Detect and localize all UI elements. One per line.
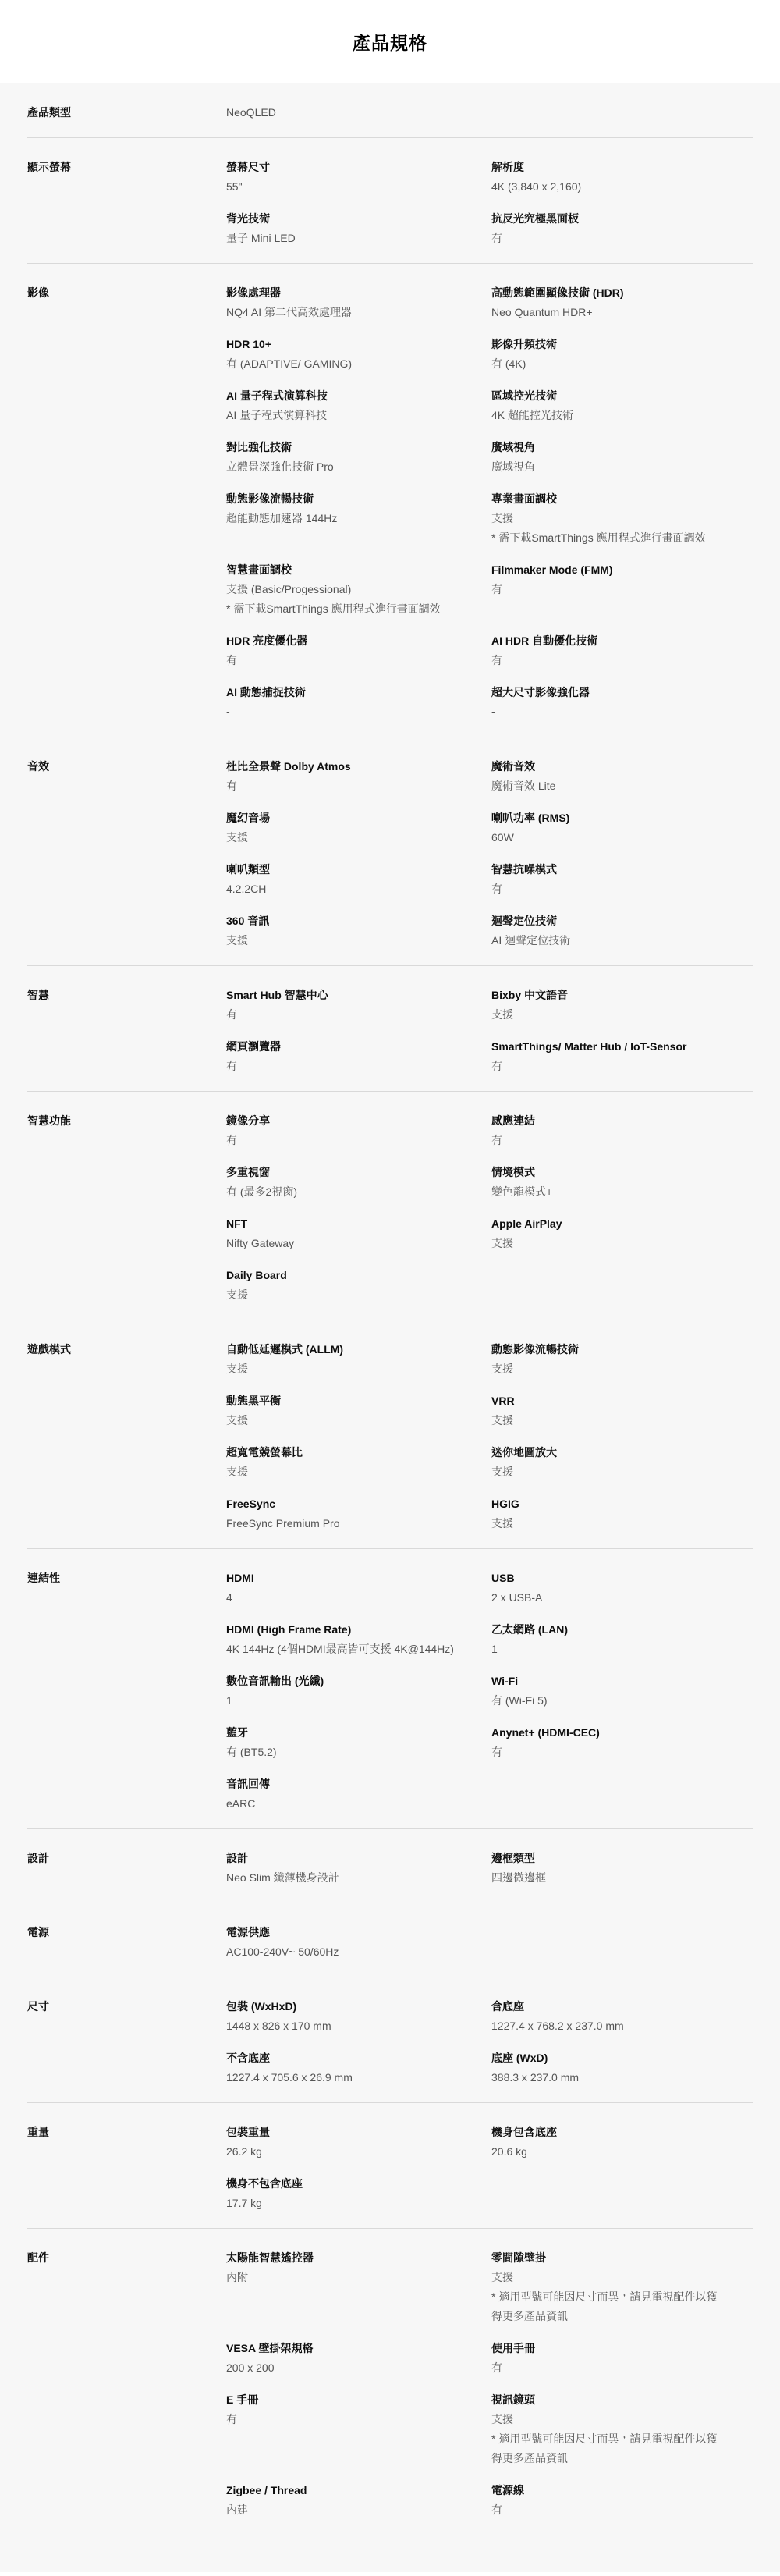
spec-item: 專業畫面調校支援* 需下載SmartThings 應用程式進行畫面調效 [491, 489, 753, 548]
spec-item-label: 自動低延遲模式 (ALLM) [226, 1340, 462, 1359]
spec-item: 電源供應AC100-240V~ 50/60Hz [226, 1923, 491, 1962]
spec-item: 背光技術量子 Mini LED [226, 209, 491, 248]
spec-item: 影像升頻技術有 (4K) [491, 335, 753, 374]
spec-category: 尺寸 [27, 1997, 226, 2087]
spec-row: 背光技術量子 Mini LED抗反光究極黑面板有 [226, 209, 753, 248]
spec-item-value: 有 [491, 879, 723, 899]
spec-item: NFTNifty Gateway [226, 1214, 491, 1253]
spec-row: 智慧畫面調校支援 (Basic/Progessional)* 需下載SmartT… [226, 560, 753, 619]
spec-item-value: 有 [226, 1005, 462, 1025]
spec-row: HDMI (High Frame Rate)4K 144Hz (4個HDMI最高… [226, 1620, 753, 1659]
spec-item: FreeSyncFreeSync Premium Pro [226, 1494, 491, 1533]
spec-row: 數位音訊輸出 (光纖)1Wi-Fi有 (Wi-Fi 5) [226, 1672, 753, 1711]
spec-item-value: FreeSync Premium Pro [226, 1514, 462, 1533]
spec-item-value: 2 x USB-A [491, 1588, 723, 1608]
spec-item-label: 視訊鏡頭 [491, 2390, 723, 2410]
spec-item: 超大尺寸影像強化器- [491, 683, 753, 722]
spec-section: 遊戲模式自動低延遲模式 (ALLM)支援動態影像流暢技術支援動態黑平衡支援VRR… [0, 1320, 780, 1548]
spec-item: 360 音訊支援 [226, 911, 491, 950]
spec-item-label: 電源線 [491, 2481, 723, 2500]
spec-item-label: Bixby 中文語音 [491, 986, 723, 1005]
spec-item-label: 藍牙 [226, 1723, 462, 1743]
spec-item-label: 音訊回傳 [226, 1775, 462, 1794]
spec-item-label: Daily Board [226, 1266, 462, 1285]
spec-row: 動態影像流暢技術超能動態加速器 144Hz專業畫面調校支援* 需下載SmartT… [226, 489, 753, 548]
spec-item-label: FreeSync [226, 1494, 462, 1514]
spec-item-label: 太陽能智慧遙控器 [226, 2248, 462, 2268]
spec-item-value: 有 (最多2視窗) [226, 1182, 462, 1202]
spec-item: 情境模式變色龍模式+ [491, 1163, 753, 1202]
spec-category: 智慧 [27, 986, 226, 1076]
spec-item-value: 變色龍模式+ [491, 1182, 723, 1202]
spec-row: HDMI4USB2 x USB-A [226, 1569, 753, 1608]
spec-item: 包裝重量26.2 kg [226, 2123, 491, 2162]
spec-item-value: 388.3 x 237.0 mm [491, 2068, 723, 2087]
spec-item: Bixby 中文語音支援 [491, 986, 753, 1025]
spec-item-value: 量子 Mini LED [226, 229, 462, 248]
spec-item-label: 迷你地圖放大 [491, 1443, 723, 1462]
spec-row: VESA 壁掛架規格200 x 200使用手冊有 [226, 2339, 753, 2378]
spec-section: 連結性HDMI4USB2 x USB-AHDMI (High Frame Rat… [0, 1549, 780, 1828]
spec-item: 零間隙壁掛支援* 適用型號可能因尺寸而異，請見電視配件以獲得更多產品資訊 [491, 2248, 753, 2326]
spec-item-label: 多重視窗 [226, 1163, 462, 1182]
spec-item-label: 迴聲定位技術 [491, 911, 723, 931]
spec-item-label: 高動態範圍顯像技術 (HDR) [491, 283, 723, 303]
spec-item-value: 4.2.2CH [226, 879, 462, 899]
spec-item-label: Smart Hub 智慧中心 [226, 986, 462, 1005]
spec-item-label: AI 動態捕捉技術 [226, 683, 462, 702]
spec-item [491, 103, 753, 123]
spec-item: 設計Neo Slim 纖薄機身設計 [226, 1849, 491, 1888]
spec-item-value: 200 x 200 [226, 2358, 462, 2378]
spec-item-value: 1448 x 826 x 170 mm [226, 2016, 462, 2036]
spec-rows: 螢幕尺寸55"解析度4K (3,840 x 2,160)背光技術量子 Mini … [226, 158, 753, 248]
spec-row: 不含底座1227.4 x 705.6 x 26.9 mm底座 (WxD)388.… [226, 2048, 753, 2087]
spec-item: 藍牙有 (BT5.2) [226, 1723, 491, 1762]
spec-item-label: 智慧畫面調校 [226, 560, 462, 580]
spec-rows: Smart Hub 智慧中心有Bixby 中文語音支援網頁瀏覽器有SmartTh… [226, 986, 753, 1076]
spec-item: Filmmaker Mode (FMM)有 [491, 560, 753, 619]
spec-item: 對比強化技術立體景深強化技術 Pro [226, 438, 491, 477]
spec-row: 太陽能智慧遙控器內附零間隙壁掛支援* 適用型號可能因尺寸而異，請見電視配件以獲得… [226, 2248, 753, 2326]
spec-item-value: 有 [491, 651, 723, 670]
spec-section: 影像影像處理器NQ4 AI 第二代高效處理器高動態範圍顯像技術 (HDR)Neo… [0, 264, 780, 737]
spec-item-label: HDR 亮度優化器 [226, 631, 462, 651]
spec-table: 產品類型NeoQLED顯示螢幕螢幕尺寸55"解析度4K (3,840 x 2,1… [0, 83, 780, 2572]
spec-item-label: 機身包含底座 [491, 2123, 723, 2142]
spec-item: 含底座1227.4 x 768.2 x 237.0 mm [491, 1997, 753, 2036]
spec-item: Zigbee / Thread內建 [226, 2481, 491, 2520]
spec-item: 動態影像流暢技術超能動態加速器 144Hz [226, 489, 491, 548]
spec-item-value: 支援 [226, 1359, 462, 1379]
page-header: 產品規格 [0, 0, 780, 83]
spec-item-value: 支援 [226, 1411, 462, 1430]
spec-item-label: 超寬電競螢幕比 [226, 1443, 462, 1462]
spec-item-label: Anynet+ (HDMI-CEC) [491, 1723, 723, 1743]
spec-row: 杜比全景聲 Dolby Atmos有魔術音效魔術音效 Lite [226, 757, 753, 796]
spec-row: NeoQLED [226, 103, 753, 123]
spec-item: 包裝 (WxHxD)1448 x 826 x 170 mm [226, 1997, 491, 2036]
spec-item-label: 零間隙壁掛 [491, 2248, 723, 2268]
spec-item-value: 26.2 kg [226, 2142, 462, 2162]
spec-item: 乙太網路 (LAN)1 [491, 1620, 753, 1659]
spec-rows: 影像處理器NQ4 AI 第二代高效處理器高動態範圍顯像技術 (HDR)Neo Q… [226, 283, 753, 722]
spec-item-value: 支援 [491, 1005, 723, 1025]
spec-item-value: 支援 [226, 1462, 462, 1482]
spec-item-label: Wi-Fi [491, 1672, 723, 1691]
spec-item: HDR 10+有 (ADAPTIVE/ GAMING) [226, 335, 491, 374]
spec-item: VRR支援 [491, 1391, 753, 1430]
spec-item-value: * 適用型號可能因尺寸而異，請見電視配件以獲得更多產品資訊 [491, 2429, 723, 2468]
spec-item: 機身包含底座20.6 kg [491, 2123, 753, 2162]
spec-item: 迴聲定位技術AI 迴聲定位技術 [491, 911, 753, 950]
spec-item: 底座 (WxD)388.3 x 237.0 mm [491, 2048, 753, 2087]
spec-item-value: 有 [491, 2500, 723, 2520]
spec-category: 配件 [27, 2248, 226, 2520]
spec-category: 遊戲模式 [27, 1340, 226, 1533]
spec-row: FreeSyncFreeSync Premium ProHGIG支援 [226, 1494, 753, 1533]
spec-item: Smart Hub 智慧中心有 [226, 986, 491, 1025]
spec-item-value: - [226, 702, 462, 722]
spec-item-value: 超能動態加速器 144Hz [226, 509, 462, 528]
spec-item-label: 專業畫面調校 [491, 489, 723, 509]
spec-row: 藍牙有 (BT5.2)Anynet+ (HDMI-CEC)有 [226, 1723, 753, 1762]
spec-item-label: E 手冊 [226, 2390, 462, 2410]
spec-section: 智慧Smart Hub 智慧中心有Bixby 中文語音支援網頁瀏覽器有Smart… [0, 966, 780, 1091]
spec-item: NeoQLED [226, 103, 491, 123]
spec-item: 喇叭功率 (RMS)60W [491, 808, 753, 847]
spec-item-value: 四邊微邊框 [491, 1868, 723, 1888]
spec-item-label: 魔術音效 [491, 757, 723, 776]
spec-category: 影像 [27, 283, 226, 722]
spec-category: 智慧功能 [27, 1111, 226, 1305]
spec-item: E 手冊有 [226, 2390, 491, 2468]
spec-item-label: 動態影像流暢技術 [226, 489, 462, 509]
spec-item: Anynet+ (HDMI-CEC)有 [491, 1723, 753, 1762]
spec-item: 多重視窗有 (最多2視窗) [226, 1163, 491, 1202]
spec-item-value: Neo Quantum HDR+ [491, 303, 723, 322]
spec-category: 設計 [27, 1849, 226, 1888]
spec-item-value: 17.7 kg [226, 2194, 462, 2213]
spec-item: 感應連結有 [491, 1111, 753, 1150]
spec-item: 鏡像分享有 [226, 1111, 491, 1150]
spec-item-value: 有 [491, 1131, 723, 1150]
spec-item-label: VESA 壁掛架規格 [226, 2339, 462, 2358]
spec-item [491, 1775, 753, 1814]
spec-rows: 鏡像分享有感應連結有多重視窗有 (最多2視窗)情境模式變色龍模式+NFTNift… [226, 1111, 753, 1305]
spec-item-value: AI 迴聲定位技術 [491, 931, 723, 950]
spec-rows: 自動低延遲模式 (ALLM)支援動態影像流暢技術支援動態黑平衡支援VRR支援超寬… [226, 1340, 753, 1533]
spec-item-label: HDMI [226, 1569, 462, 1588]
spec-item-value: 支援 [226, 828, 462, 847]
spec-item: Apple AirPlay支援 [491, 1214, 753, 1253]
spec-item-value: * 需下載SmartThings 應用程式進行畫面調效 [491, 528, 723, 548]
spec-item-value: AC100-240V~ 50/60Hz [226, 1942, 462, 1962]
spec-item-value: 有 [491, 229, 723, 248]
spec-item: 太陽能智慧遙控器內附 [226, 2248, 491, 2326]
spec-item-label: 底座 (WxD) [491, 2048, 723, 2068]
spec-item-label: 螢幕尺寸 [226, 158, 462, 177]
spec-item [491, 1266, 753, 1305]
spec-item: 視訊鏡頭支援* 適用型號可能因尺寸而異，請見電視配件以獲得更多產品資訊 [491, 2390, 753, 2468]
spec-item-value: * 適用型號可能因尺寸而異，請見電視配件以獲得更多產品資訊 [491, 2287, 723, 2326]
spec-item-label: 解析度 [491, 158, 723, 177]
spec-item: 邊框類型四邊微邊框 [491, 1849, 753, 1888]
spec-item-value: 有 (BT5.2) [226, 1743, 462, 1762]
spec-category: 電源 [27, 1923, 226, 1962]
spec-item: 迷你地圖放大支援 [491, 1443, 753, 1482]
spec-item-value: 內附 [226, 2268, 462, 2287]
spec-row: E 手冊有視訊鏡頭支援* 適用型號可能因尺寸而異，請見電視配件以獲得更多產品資訊 [226, 2390, 753, 2468]
spec-item-label: 抗反光究極黑面板 [491, 209, 723, 229]
spec-item-label: 設計 [226, 1849, 462, 1868]
spec-item-value: 有 (4K) [491, 354, 723, 374]
spec-row: Zigbee / Thread內建電源線有 [226, 2481, 753, 2520]
spec-item-value: 55" [226, 177, 462, 197]
spec-rows: 太陽能智慧遙控器內附零間隙壁掛支援* 適用型號可能因尺寸而異，請見電視配件以獲得… [226, 2248, 753, 2520]
spec-item-value: 4K 超能控光技術 [491, 406, 723, 425]
spec-item: 不含底座1227.4 x 705.6 x 26.9 mm [226, 2048, 491, 2087]
spec-item-label: 網頁瀏覽器 [226, 1037, 462, 1057]
spec-row: 設計Neo Slim 纖薄機身設計邊框類型四邊微邊框 [226, 1849, 753, 1888]
spec-item-label: 對比強化技術 [226, 438, 462, 457]
spec-section: 電源電源供應AC100-240V~ 50/60Hz [0, 1903, 780, 1977]
spec-item-value: 支援 [491, 1234, 723, 1253]
spec-item-value: 1227.4 x 705.6 x 26.9 mm [226, 2068, 462, 2087]
spec-item: 魔術音效魔術音效 Lite [491, 757, 753, 796]
spec-category: 產品類型 [27, 103, 226, 123]
spec-item-label: 背光技術 [226, 209, 462, 229]
spec-rows: 設計Neo Slim 纖薄機身設計邊框類型四邊微邊框 [226, 1849, 753, 1888]
spec-item: VESA 壁掛架規格200 x 200 [226, 2339, 491, 2378]
spec-item-label: 360 音訊 [226, 911, 462, 931]
spec-section: 產品類型NeoQLED [0, 83, 780, 137]
spec-item-label: 影像升頻技術 [491, 335, 723, 354]
spec-item-value: 支援 [491, 1514, 723, 1533]
spec-item-value: 支援 [491, 1462, 723, 1482]
spec-section: 配件太陽能智慧遙控器內附零間隙壁掛支援* 適用型號可能因尺寸而異，請見電視配件以… [0, 2229, 780, 2535]
spec-row: 影像處理器NQ4 AI 第二代高效處理器高動態範圍顯像技術 (HDR)Neo Q… [226, 283, 753, 322]
spec-row: 喇叭類型4.2.2CH智慧抗噪模式有 [226, 860, 753, 899]
spec-row: 對比強化技術立體景深強化技術 Pro廣域視角廣域視角 [226, 438, 753, 477]
spec-item-value: 4K 144Hz (4個HDMI最高皆可支援 4K@144Hz) [226, 1640, 462, 1659]
spec-item-value: Neo Slim 纖薄機身設計 [226, 1868, 462, 1888]
spec-item-label: 感應連結 [491, 1111, 723, 1131]
spec-item-value: 有 [491, 580, 723, 599]
spec-item: 音訊回傳eARC [226, 1775, 491, 1814]
spec-item-value: 1 [491, 1640, 723, 1659]
spec-row: 網頁瀏覽器有SmartThings/ Matter Hub / IoT-Sens… [226, 1037, 753, 1076]
spec-row: 動態黑平衡支援VRR支援 [226, 1391, 753, 1430]
spec-item: 機身不包含底座17.7 kg [226, 2174, 491, 2213]
spec-item: 智慧抗噪模式有 [491, 860, 753, 899]
spec-item-label: 含底座 [491, 1997, 723, 2016]
spec-item-label: 包裝重量 [226, 2123, 462, 2142]
spec-item-value: 立體景深強化技術 Pro [226, 457, 462, 477]
spec-item-value: NeoQLED [226, 103, 462, 123]
spec-item-value: AI 量子程式演算科技 [226, 406, 462, 425]
spec-item-label: 電源供應 [226, 1923, 462, 1942]
spec-item-label: 乙太網路 (LAN) [491, 1620, 723, 1640]
spec-item-label: Apple AirPlay [491, 1214, 723, 1234]
spec-item-label: USB [491, 1569, 723, 1588]
spec-item-label: 杜比全景聲 Dolby Atmos [226, 757, 462, 776]
spec-item [491, 1923, 753, 1962]
spec-item-value: 60W [491, 828, 723, 847]
spec-row: 音訊回傳eARC [226, 1775, 753, 1814]
spec-sections: 產品類型NeoQLED顯示螢幕螢幕尺寸55"解析度4K (3,840 x 2,1… [0, 83, 780, 2535]
spec-item: 電源線有 [491, 2481, 753, 2520]
spec-section: 重量包裝重量26.2 kg機身包含底座20.6 kg機身不包含底座17.7 kg [0, 2103, 780, 2228]
spec-item-value: 20.6 kg [491, 2142, 723, 2162]
spec-section: 顯示螢幕螢幕尺寸55"解析度4K (3,840 x 2,160)背光技術量子 M… [0, 138, 780, 263]
spec-item-value: 支援 [491, 1359, 723, 1379]
spec-row: 螢幕尺寸55"解析度4K (3,840 x 2,160) [226, 158, 753, 197]
spec-item: 動態黑平衡支援 [226, 1391, 491, 1430]
spec-row: Daily Board支援 [226, 1266, 753, 1305]
spec-section: 尺寸包裝 (WxHxD)1448 x 826 x 170 mm含底座1227.4… [0, 1977, 780, 2102]
spec-item-value: 支援 [491, 2410, 723, 2429]
spec-section: 設計設計Neo Slim 纖薄機身設計邊框類型四邊微邊框 [0, 1829, 780, 1903]
spec-item-label: 包裝 (WxHxD) [226, 1997, 462, 2016]
spec-item-label: 影像處理器 [226, 283, 462, 303]
spec-rows: HDMI4USB2 x USB-AHDMI (High Frame Rate)4… [226, 1569, 753, 1814]
spec-item-label: 鏡像分享 [226, 1111, 462, 1131]
spec-item-value: 有 [491, 1057, 723, 1076]
spec-item-value: 支援 [491, 1411, 723, 1430]
spec-item: 解析度4K (3,840 x 2,160) [491, 158, 753, 197]
spec-item-label: SmartThings/ Matter Hub / IoT-Sensor [491, 1037, 723, 1057]
spec-item-value: * 需下載SmartThings 應用程式進行畫面調效 [226, 599, 462, 619]
spec-item-label: Filmmaker Mode (FMM) [491, 560, 723, 580]
spec-row: 自動低延遲模式 (ALLM)支援動態影像流暢技術支援 [226, 1340, 753, 1379]
spec-item-value: 4 [226, 1588, 462, 1608]
spec-item: Daily Board支援 [226, 1266, 491, 1305]
spec-item-value: 有 (Wi-Fi 5) [491, 1691, 723, 1711]
spec-item: 區域控光技術4K 超能控光技術 [491, 386, 753, 425]
spec-row: AI 動態捕捉技術-超大尺寸影像強化器- [226, 683, 753, 722]
spec-item-label: 使用手冊 [491, 2339, 723, 2358]
spec-item-label: 動態黑平衡 [226, 1391, 462, 1411]
spec-item-value: NQ4 AI 第二代高效處理器 [226, 303, 462, 322]
spec-item: 影像處理器NQ4 AI 第二代高效處理器 [226, 283, 491, 322]
spec-item-label: VRR [491, 1391, 723, 1411]
spec-item-label: 超大尺寸影像強化器 [491, 683, 723, 702]
spec-item: 超寬電競螢幕比支援 [226, 1443, 491, 1482]
spec-category: 顯示螢幕 [27, 158, 226, 248]
spec-item: 魔幻音場支援 [226, 808, 491, 847]
spec-item-label: NFT [226, 1214, 462, 1234]
spec-item-label: AI HDR 自動優化技術 [491, 631, 723, 651]
spec-item: SmartThings/ Matter Hub / IoT-Sensor有 [491, 1037, 753, 1076]
spec-item-label: 機身不包含底座 [226, 2174, 462, 2194]
spec-item-label: 喇叭功率 (RMS) [491, 808, 723, 828]
spec-item-value: 4K (3,840 x 2,160) [491, 177, 723, 197]
spec-page: 產品規格 產品類型NeoQLED顯示螢幕螢幕尺寸55"解析度4K (3,840 … [0, 0, 780, 2572]
spec-item-label: Zigbee / Thread [226, 2481, 462, 2500]
spec-item: 杜比全景聲 Dolby Atmos有 [226, 757, 491, 796]
spec-item: AI 量子程式演算科技AI 量子程式演算科技 [226, 386, 491, 425]
spec-item-value: eARC [226, 1794, 462, 1814]
spec-item-value: 魔術音效 Lite [491, 776, 723, 796]
spec-row: Smart Hub 智慧中心有Bixby 中文語音支援 [226, 986, 753, 1025]
spec-item-value: 有 [226, 1131, 462, 1150]
spec-row: HDR 10+有 (ADAPTIVE/ GAMING)影像升頻技術有 (4K) [226, 335, 753, 374]
spec-row: 魔幻音場支援喇叭功率 (RMS)60W [226, 808, 753, 847]
spec-item: Wi-Fi有 (Wi-Fi 5) [491, 1672, 753, 1711]
spec-item: HDMI (High Frame Rate)4K 144Hz (4個HDMI最高… [226, 1620, 491, 1659]
spec-row: 包裝 (WxHxD)1448 x 826 x 170 mm含底座1227.4 x… [226, 1997, 753, 2036]
spec-item-label: 動態影像流暢技術 [491, 1340, 723, 1359]
spec-category: 音效 [27, 757, 226, 950]
spec-item-value: 1 [226, 1691, 462, 1711]
spec-item-value: 內建 [226, 2500, 462, 2520]
spec-item: HGIG支援 [491, 1494, 753, 1533]
spec-item-value: 支援 [491, 2268, 723, 2287]
spec-rows: 杜比全景聲 Dolby Atmos有魔術音效魔術音效 Lite魔幻音場支援喇叭功… [226, 757, 753, 950]
spec-item: 廣域視角廣域視角 [491, 438, 753, 477]
spec-rows: NeoQLED [226, 103, 753, 123]
spec-item [491, 2174, 753, 2213]
spec-row: 超寬電競螢幕比支援迷你地圖放大支援 [226, 1443, 753, 1482]
spec-item-value: 支援 (Basic/Progessional) [226, 580, 462, 599]
spec-item-value: 1227.4 x 768.2 x 237.0 mm [491, 2016, 723, 2036]
spec-item-label: HDMI (High Frame Rate) [226, 1620, 462, 1640]
spec-item: 螢幕尺寸55" [226, 158, 491, 197]
spec-item-label: 邊框類型 [491, 1849, 723, 1868]
spec-item-value: 有 (ADAPTIVE/ GAMING) [226, 354, 462, 374]
spec-item-label: 智慧抗噪模式 [491, 860, 723, 879]
spec-item-value: 支援 [226, 1285, 462, 1305]
spec-item-label: AI 量子程式演算科技 [226, 386, 462, 406]
spec-section: 音效杜比全景聲 Dolby Atmos有魔術音效魔術音效 Lite魔幻音場支援喇… [0, 737, 780, 965]
spec-category: 連結性 [27, 1569, 226, 1814]
spec-item: 智慧畫面調校支援 (Basic/Progessional)* 需下載SmartT… [226, 560, 491, 619]
spec-item-value: Nifty Gateway [226, 1234, 462, 1253]
spec-row: 包裝重量26.2 kg機身包含底座20.6 kg [226, 2123, 753, 2162]
spec-item-value: 有 [491, 2358, 723, 2378]
spec-row: AI 量子程式演算科技AI 量子程式演算科技區域控光技術4K 超能控光技術 [226, 386, 753, 425]
spec-item: 自動低延遲模式 (ALLM)支援 [226, 1340, 491, 1379]
spec-item-label: 區域控光技術 [491, 386, 723, 406]
spec-item-value: 有 [226, 651, 462, 670]
spec-item-value: 有 [226, 2410, 462, 2429]
spec-row: NFTNifty GatewayApple AirPlay支援 [226, 1214, 753, 1253]
spec-item-value: 支援 [491, 509, 723, 528]
spec-item-label: 廣域視角 [491, 438, 723, 457]
spec-item: HDR 亮度優化器有 [226, 631, 491, 670]
spec-item-label: 情境模式 [491, 1163, 723, 1182]
spec-item: USB2 x USB-A [491, 1569, 753, 1608]
spec-item: 使用手冊有 [491, 2339, 753, 2378]
spec-item-value: 廣域視角 [491, 457, 723, 477]
spec-row: 360 音訊支援迴聲定位技術AI 迴聲定位技術 [226, 911, 753, 950]
spec-item-value: 支援 [226, 931, 462, 950]
spec-row: 機身不包含底座17.7 kg [226, 2174, 753, 2213]
spec-item-value: 有 [491, 1743, 723, 1762]
spec-item: 抗反光究極黑面板有 [491, 209, 753, 248]
spec-item: 數位音訊輸出 (光纖)1 [226, 1672, 491, 1711]
spec-item: 網頁瀏覽器有 [226, 1037, 491, 1076]
spec-item-label: 數位音訊輸出 (光纖) [226, 1672, 462, 1691]
spec-item: 高動態範圍顯像技術 (HDR)Neo Quantum HDR+ [491, 283, 753, 322]
spec-item-label: HDR 10+ [226, 335, 462, 354]
spec-category: 重量 [27, 2123, 226, 2213]
spec-item: 動態影像流暢技術支援 [491, 1340, 753, 1379]
page-title: 產品規格 [353, 29, 427, 55]
spec-item: AI 動態捕捉技術- [226, 683, 491, 722]
spec-item: 喇叭類型4.2.2CH [226, 860, 491, 899]
